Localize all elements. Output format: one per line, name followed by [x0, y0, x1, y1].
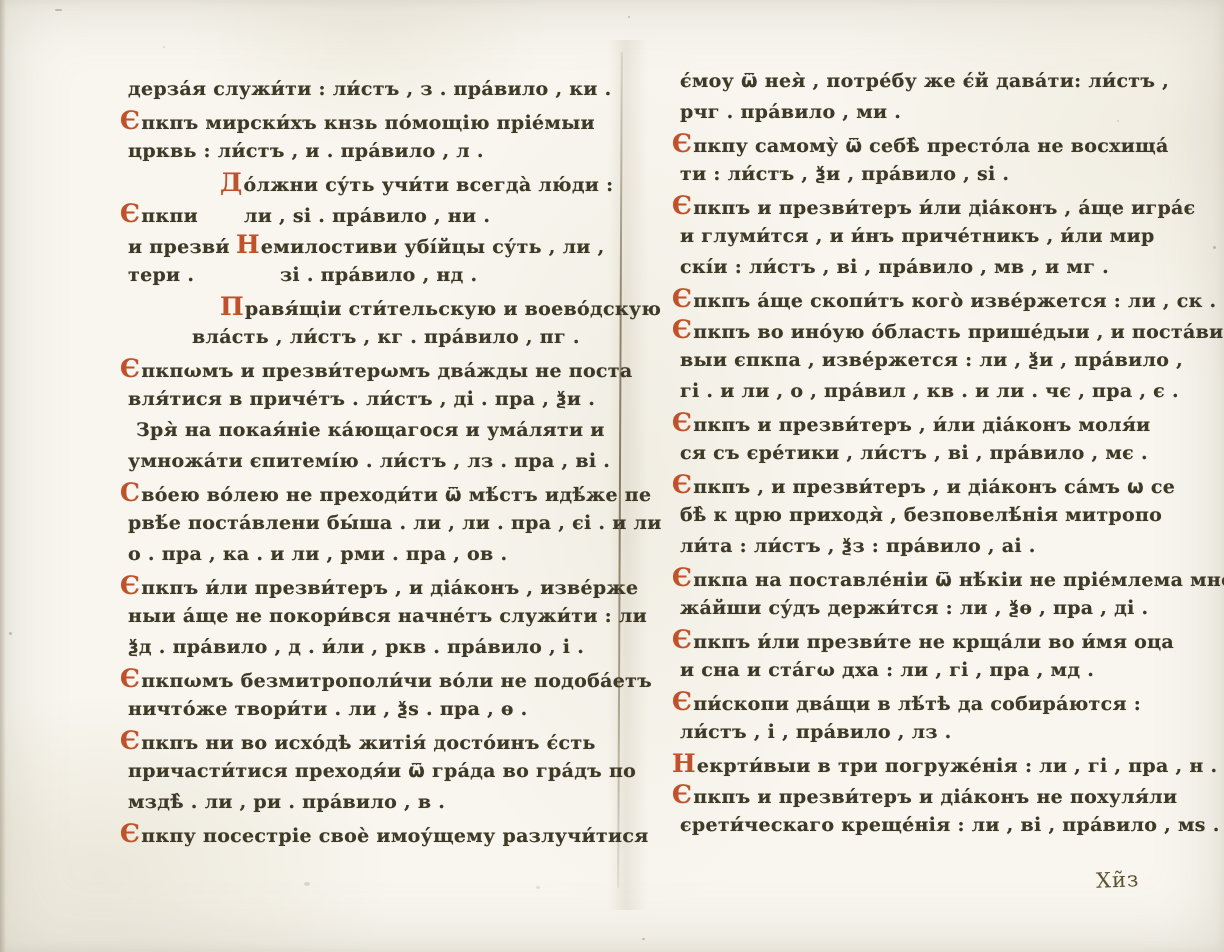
rubric-initial: Д: [220, 168, 244, 197]
text-line: и презви́Немилостиви убі́йцы су́ть , ли …: [128, 229, 610, 260]
text-line: о . пра , ка . и ли , рми . пра , ов .: [128, 539, 610, 570]
rubric-initial: Є: [672, 563, 693, 592]
text-line: выи єпкпа , изве́ржется : ли , ѯи , пра́…: [680, 345, 1200, 376]
gloss-text: пкпи: [141, 205, 198, 227]
line-text: пкпъ и́ли презви́те не крща́ли во и́мя о…: [693, 631, 1174, 653]
rubric-initial: Є: [120, 354, 141, 383]
text-line: умножа́ти єпитемі́ю . ли́стъ , лз . пра …: [128, 446, 610, 477]
line-text: пкпъ и презви́теръ , и́ли діа́конъ моля́…: [693, 414, 1150, 436]
text-line: Зря̀ на покая́ніе ка́ющагося и ума́ляти …: [128, 415, 610, 446]
line-text: и сна и ста́гω дха : ли , гі , пра , мд …: [680, 659, 1094, 681]
rubric-initial: П: [220, 292, 245, 321]
text-line: Єпкпа на поставле́ніи ѿ нѣ́кіи не пріе́м…: [680, 562, 1200, 593]
line-text: пкпъ , и презви́теръ , и діа́конъ са́мъ …: [693, 476, 1175, 498]
line-text: пкпу посестріе своѐ имоу́щему разлучи́ти…: [141, 825, 648, 847]
line-text: ли́стъ , і , пра́вило , лз .: [680, 721, 952, 743]
text-line: Єпкпъ , и презви́теръ , и діа́конъ са́мъ…: [680, 469, 1200, 500]
rubric-initial: Є: [672, 284, 693, 313]
rubric-initial: Є: [672, 470, 693, 499]
line-text: ничто́же твори́ти . ли , ѯѕ . пра , ѳ .: [128, 698, 528, 720]
text-line: Єпкпъ и презви́теръ и́ли діа́конъ , а́ще…: [680, 190, 1200, 221]
text-line: Некрти́выи в три погруже́нія : ли , гі ,…: [680, 748, 1200, 779]
line-text: црквь : ли́стъ , и . пра́вило , л .: [128, 140, 484, 162]
text-line: єрети́ческаго креще́нія : ли , ві , пра́…: [680, 810, 1200, 841]
text-line: ли́стъ , і , пра́вило , лз .: [680, 717, 1200, 748]
text-line: Сво́ею во́лею не преходи́ти ѿ мѣ́стъ идѣ…: [128, 477, 610, 508]
text-line: Єпкпωмъ безмитрополи́чи во́ли не подоба́…: [128, 663, 610, 694]
paper-speck: [536, 886, 540, 889]
margin-gloss: и презви́: [128, 232, 244, 263]
line-text: ѯд . пра́вило , д . и́ли , ркв . пра́вил…: [128, 636, 584, 658]
text-line: причасти́тися преходя́и ѿ гра́да во гра́…: [128, 756, 610, 787]
paper-speck: [628, 16, 630, 18]
line-text: Зря̀ на покая́ніе ка́ющагося и ума́ляти …: [136, 419, 605, 441]
rubric-initial: Є: [120, 664, 141, 693]
text-line: Єпкпъ ни во исхо́дѣ житія́ досто́инъ є́с…: [128, 725, 610, 756]
line-text: ли , ѕі . пра́вило , ни .: [244, 205, 490, 227]
rubric-initial: Є: [672, 687, 693, 716]
text-line: Єпи́скопи два́щи в лѣ́тѣ да собира́ются …: [680, 686, 1200, 717]
text-line: Правя́щіи сти́тельскую и воево́дскую: [128, 291, 610, 322]
rubric-initial: Є: [120, 571, 141, 600]
rubric-initial: Є: [672, 780, 693, 809]
line-text: пкпу самому̀ ѿ себѣ̀ престо́ла не восхищ…: [693, 135, 1168, 157]
text-line: Єпкпу самому̀ ѿ себѣ̀ престо́ла не восхи…: [680, 128, 1200, 159]
paper-speck: [55, 9, 62, 11]
rubric-initial: Н: [672, 749, 697, 778]
text-line: рчг . пра́вило , ми .: [680, 97, 1200, 128]
text-line: Єпкпωмъ и презви́терωмъ два́жды не поста: [128, 353, 610, 384]
rubric-initial: Є: [672, 315, 693, 344]
line-text: гі . и ли , о , пра́вил , кв . и ли . чє…: [680, 380, 1179, 402]
rubric-initial: Є: [120, 106, 141, 135]
line-text: рвѣ́е поста́влени бы́ша . ли , ли . пра …: [128, 512, 662, 534]
line-text: пкпа на поставле́ніи ѿ нѣ́кіи не пріе́мл…: [693, 569, 1224, 591]
line-text: вла́сть , ли́стъ , кг . пра́вило , пг .: [192, 326, 580, 348]
text-line: рвѣ́е поста́влени бы́ша . ли , ли . пра …: [128, 508, 610, 539]
book-scan: { "colors": { "paper": "#f8f6ef", "ink":…: [0, 0, 1224, 952]
scan-left-edge: [0, 0, 6, 952]
text-line: и глуми́тся , и и́нъ приче́тникъ , и́ли …: [680, 221, 1200, 252]
rubric-initial: Є: [672, 408, 693, 437]
line-text: рчг . пра́вило , ми .: [680, 101, 901, 123]
line-text: о́лжни су́ть учи́ти всегда̀ лю́ди :: [244, 174, 614, 196]
gloss-text: и презви́: [128, 236, 230, 258]
line-text: и глуми́тся , и и́нъ приче́тникъ , и́ли …: [680, 225, 1155, 247]
text-line: Єпкпили , ѕі . пра́вило , ни .: [128, 198, 610, 229]
rubric-initial: Є: [120, 726, 141, 755]
margin-gloss: Єпкпи: [128, 198, 244, 232]
rubric-initial: Є: [672, 625, 693, 654]
left-page: дерза́я служи́ти : ли́стъ , з . пра́вило…: [128, 74, 610, 849]
paper-speck: [304, 882, 310, 886]
margin-gloss: тери .: [128, 260, 244, 291]
line-text: пкпъ мирски́хъ кнзь по́мощію пріе́мыи: [141, 112, 595, 134]
rubric-initial: Є: [672, 129, 693, 158]
text-line: вла́сть , ли́стъ , кг . пра́вило , пг .: [128, 322, 610, 353]
line-text: зі . пра́вило , нд .: [244, 264, 477, 286]
text-line: жа́йши су́дъ держи́тся : ли , ѯѳ , пра ,…: [680, 593, 1200, 624]
line-text: во́ею во́лею не преходи́ти ѿ мѣ́стъ идѣ́…: [141, 484, 651, 506]
text-line: ничто́же твори́ти . ли , ѯѕ . пра , ѳ .: [128, 694, 610, 725]
text-line: тери .зі . пра́вило , нд .: [128, 260, 610, 291]
line-text: пкпωмъ и презви́терωмъ два́жды не поста: [141, 360, 632, 382]
rubric-initial: С: [120, 478, 141, 507]
line-text: о . пра , ка . и ли , рми . пра , ов .: [128, 543, 507, 565]
line-text: пкпъ и презви́теръ и діа́конъ не похуля́…: [693, 786, 1177, 808]
text-line: Єпкпъ и́ли презви́те не крща́ли во и́мя …: [680, 624, 1200, 655]
line-text: равя́щіи сти́тельскую и воево́дскую: [245, 298, 661, 320]
line-text: скі́и : ли́стъ , ві , пра́вило , мв , и …: [680, 256, 1109, 278]
line-text: пкпωмъ безмитрополи́чи во́ли не подоба́е…: [141, 670, 652, 692]
paper-speck: [642, 938, 645, 940]
line-text: умножа́ти єпитемі́ю . ли́стъ , лз . пра …: [128, 450, 610, 472]
signature-mark: Хи̃з: [1096, 867, 1140, 893]
line-text: пкпъ ни во исхо́дѣ житія́ досто́инъ є́ст…: [141, 732, 596, 754]
text-line: До́лжни су́ть учи́ти всегда̀ лю́ди :: [128, 167, 610, 198]
line-text: бѣ̀ к црю приходя̀ , безповелѣ́нія митро…: [680, 504, 1162, 526]
rubric-initial: Н: [236, 230, 261, 259]
paper-speck: [1213, 246, 1216, 249]
paper-speck: [9, 632, 12, 635]
line-text: єрети́ческаго креще́нія : ли , ві , пра́…: [680, 814, 1220, 836]
text-line: ныи а́ще не покори́вся начне́тъ служи́ти…: [128, 601, 610, 632]
line-text: ти : ли́стъ , ѯи , пра́вило , ѕі .: [680, 163, 1009, 185]
rubric-initial: Є: [672, 191, 693, 220]
text-line: гі . и ли , о , пра́вил , кв . и ли . чє…: [680, 376, 1200, 407]
text-line: Єпкпу посестріе своѐ имоу́щему разлучи́т…: [128, 818, 610, 849]
text-line: Єпкпъ во ино́ую о́бласть прише́дыи , и п…: [680, 314, 1200, 345]
line-text: пкпъ и́ли презви́теръ , и діа́конъ , изв…: [141, 577, 638, 599]
line-text: пкпъ и презви́теръ и́ли діа́конъ , а́ще …: [693, 197, 1195, 219]
text-line: Єпкпъ и презви́теръ , и́ли діа́конъ моля…: [680, 407, 1200, 438]
right-page: є́моу ѿ нея̀ , потре́бу же є́й дава́ти: …: [680, 66, 1200, 841]
line-text: є́моу ѿ нея̀ , потре́бу же є́й дава́ти: …: [680, 70, 1169, 92]
line-text: пкпъ во ино́ую о́бласть прише́дыи , и по…: [693, 321, 1223, 343]
text-line: ся съ єре́тики , ли́стъ , ві , пра́вило …: [680, 438, 1200, 469]
text-line: вля́тися в приче́тъ . ли́стъ , ді . пра …: [128, 384, 610, 415]
line-text: ли́та : ли́стъ , ѯз : пра́вило , аі .: [680, 535, 1036, 557]
line-text: мздѣ̀ . ли , ри . пра́вило , в .: [128, 791, 445, 813]
line-text: дерза́я служи́ти : ли́стъ , з . пра́вило…: [128, 78, 612, 100]
text-line: бѣ̀ к црю приходя̀ , безповелѣ́нія митро…: [680, 500, 1200, 531]
line-text: выи єпкпа , изве́ржется : ли , ѯи , пра́…: [680, 349, 1183, 371]
text-line: ли́та : ли́стъ , ѯз : пра́вило , аі .: [680, 531, 1200, 562]
text-line: мздѣ̀ . ли , ри . пра́вило , в .: [128, 787, 610, 818]
text-line: ти : ли́стъ , ѯи , пра́вило , ѕі .: [680, 159, 1200, 190]
text-line: дерза́я служи́ти : ли́стъ , з . пра́вило…: [128, 74, 610, 105]
line-text: пи́скопи два́щи в лѣ́тѣ да собира́ются :: [693, 693, 1141, 715]
line-text: причасти́тися преходя́и ѿ гра́да во гра́…: [128, 760, 636, 782]
rubric-initial: Є: [120, 819, 141, 848]
text-line: є́моу ѿ нея̀ , потре́бу же є́й дава́ти: …: [680, 66, 1200, 97]
line-text: жа́йши су́дъ держи́тся : ли , ѯѳ , пра ,…: [680, 597, 1148, 619]
rubric-initial: Є: [120, 199, 141, 228]
text-line: Єпкпъ мирски́хъ кнзь по́мощію пріе́мыи: [128, 105, 610, 136]
line-text: пкпъ а́ще скопи́тъ кого̀ изве́ржется : л…: [693, 290, 1216, 312]
line-text: емилостиви убі́йцы су́ть , ли ,: [261, 236, 605, 258]
line-text: вля́тися в приче́тъ . ли́стъ , ді . пра …: [128, 388, 595, 410]
text-line: Єпкпъ и презви́теръ и діа́конъ не похуля…: [680, 779, 1200, 810]
text-line: Єпкпъ а́ще скопи́тъ кого̀ изве́ржется : …: [680, 283, 1200, 314]
paper-speck: [163, 46, 165, 48]
line-text: ныи а́ще не покори́вся начне́тъ служи́ти…: [128, 605, 647, 627]
line-text: ся съ єре́тики , ли́стъ , ві , пра́вило …: [680, 442, 1148, 464]
text-line: ѯд . пра́вило , д . и́ли , ркв . пра́вил…: [128, 632, 610, 663]
text-line: црквь : ли́стъ , и . пра́вило , л .: [128, 136, 610, 167]
text-line: Єпкпъ и́ли презви́теръ , и діа́конъ , из…: [128, 570, 610, 601]
gloss-text: тери .: [128, 264, 194, 286]
line-text: екрти́выи в три погруже́нія : ли , гі , …: [697, 755, 1217, 777]
text-line: скі́и : ли́стъ , ві , пра́вило , мв , и …: [680, 252, 1200, 283]
text-line: и сна и ста́гω дха : ли , гі , пра , мд …: [680, 655, 1200, 686]
paper-speck: [1117, 120, 1119, 122]
